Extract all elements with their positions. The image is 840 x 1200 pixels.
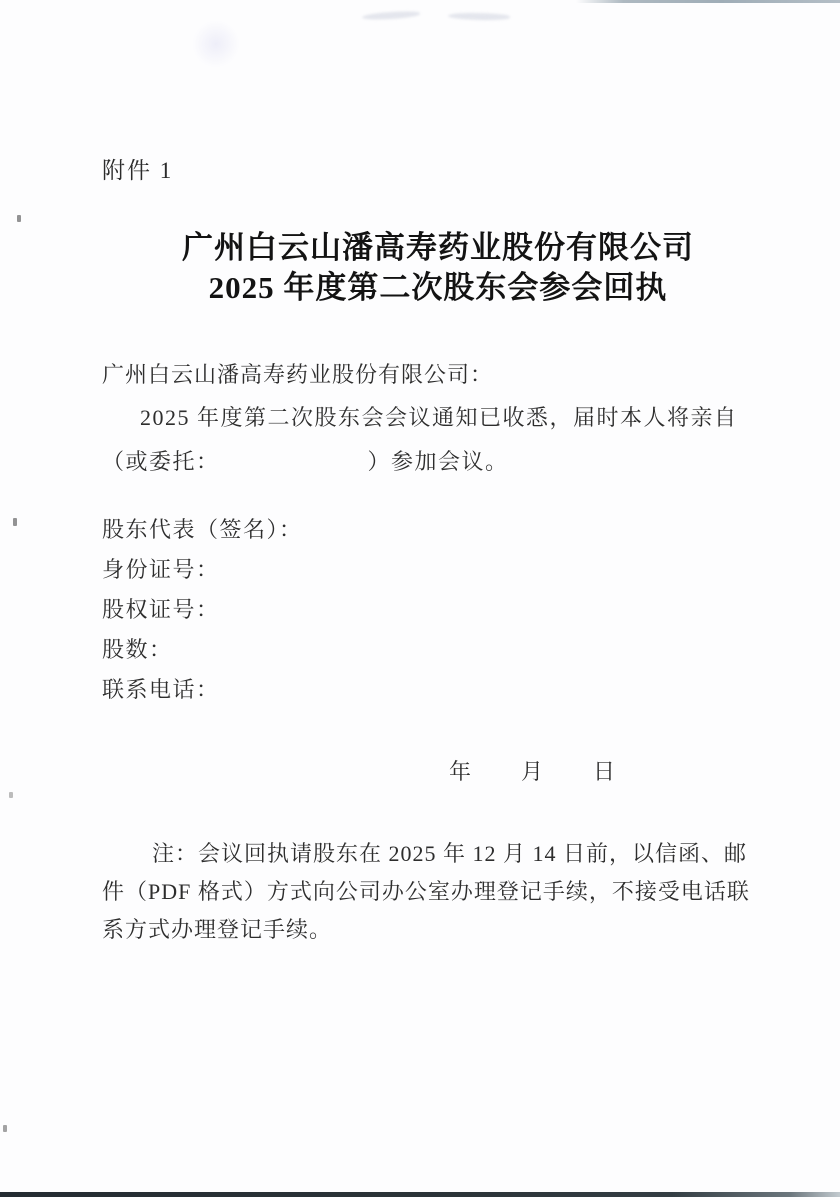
top-edge-scan-line — [576, 0, 840, 3]
notice-line-1: 2025 年度第二次股东会会议通知已收悉，届时本人将亲自 — [140, 401, 738, 432]
field-share-certificate-number: 股权证号： — [102, 590, 303, 630]
form-fields: 股东代表（签名）： 身份证号： 股权证号： 股数： 联系电话： — [102, 510, 303, 710]
scan-artifact-edge-speck — [3, 1125, 7, 1132]
bottom-edge-scan-line — [0, 1192, 840, 1197]
note-line-3: 系方式办理登记手续。 — [102, 911, 754, 949]
title-line-1: 广州白云山潘高寿药业股份有限公司 — [36, 228, 840, 268]
attachment-label: 附件 1 — [102, 152, 173, 185]
date-day-label: 日 — [593, 759, 615, 784]
field-id-number: 身份证号： — [102, 550, 303, 590]
document-title: 广州白云山潘高寿药业股份有限公司 2025 年度第二次股东会参会回执 — [0, 228, 840, 308]
delegate-line: （或委托：）参加会议。 — [102, 445, 509, 476]
scan-artifact-smudge — [448, 12, 510, 21]
scan-artifact-speck-cluster — [192, 20, 240, 68]
note-paragraph: 注：会议回执请股东在 2025 年 12 月 14 日前，以信函、邮 件（PDF… — [102, 835, 754, 949]
salutation: 广州白云山潘高寿药业股份有限公司： — [102, 358, 493, 389]
field-contact-phone: 联系电话： — [102, 670, 303, 710]
scanned-document-page: 附件 1 广州白云山潘高寿药业股份有限公司 2025 年度第二次股东会参会回执 … — [0, 0, 840, 1200]
scan-artifact-smudge — [362, 10, 420, 20]
field-shareholder-representative: 股东代表（签名）： — [102, 510, 303, 550]
scan-artifact-edge-speck — [9, 792, 13, 798]
title-line-2: 2025 年度第二次股东会参会回执 — [36, 268, 840, 308]
delegate-prefix: （或委托： — [102, 449, 220, 474]
date-month-label: 月 — [521, 759, 543, 784]
scan-artifact-edge-speck — [13, 518, 17, 526]
delegate-suffix: ）参加会议。 — [368, 449, 509, 474]
scan-artifact-edge-speck — [17, 215, 21, 222]
note-line-1: 注：会议回执请股东在 2025 年 12 月 14 日前，以信函、邮 — [102, 835, 754, 873]
field-share-count: 股数： — [102, 630, 303, 670]
note-line-2: 件（PDF 格式）方式向公司办公室办理登记手续，不接受电话联 — [102, 873, 754, 911]
date-year-label: 年 — [449, 759, 471, 784]
delegate-name-blank — [220, 468, 368, 469]
date-line: 年月日 — [449, 755, 615, 786]
